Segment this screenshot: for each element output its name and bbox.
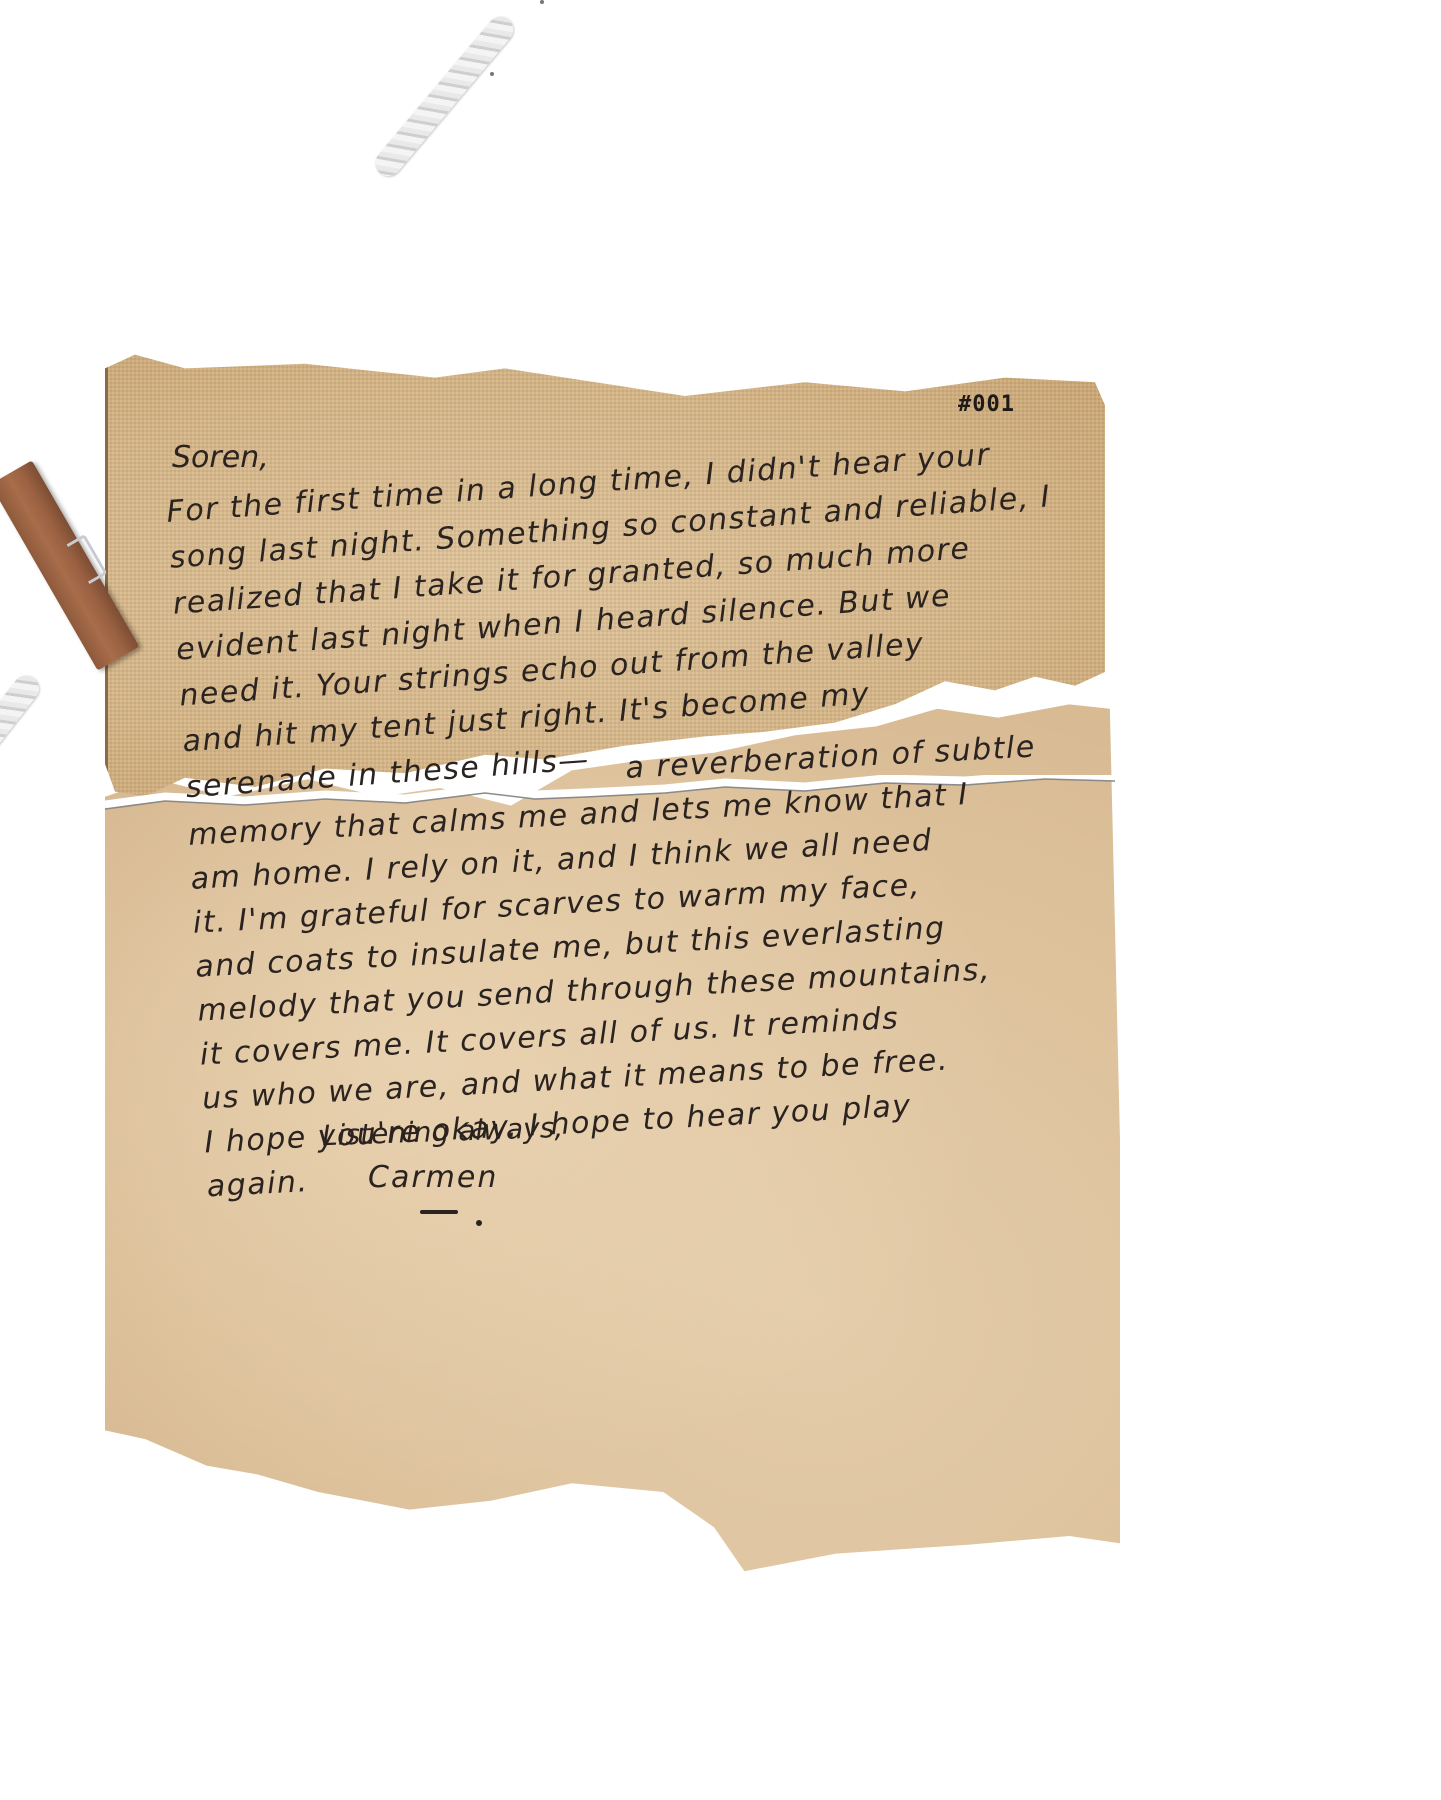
rope-icon	[0, 670, 44, 781]
rope-fiber-speck	[490, 72, 494, 76]
signature-dash	[420, 1210, 458, 1214]
letter-number: #001	[958, 392, 1015, 417]
letter-body-bottom: a reverberation of subtle memory that ca…	[185, 725, 1058, 1209]
salutation: Soren,	[172, 440, 269, 475]
signature-dot	[476, 1220, 482, 1226]
rope-icon	[370, 11, 518, 181]
signature: Carmen	[368, 1160, 498, 1195]
rope-fiber-speck	[540, 0, 544, 4]
